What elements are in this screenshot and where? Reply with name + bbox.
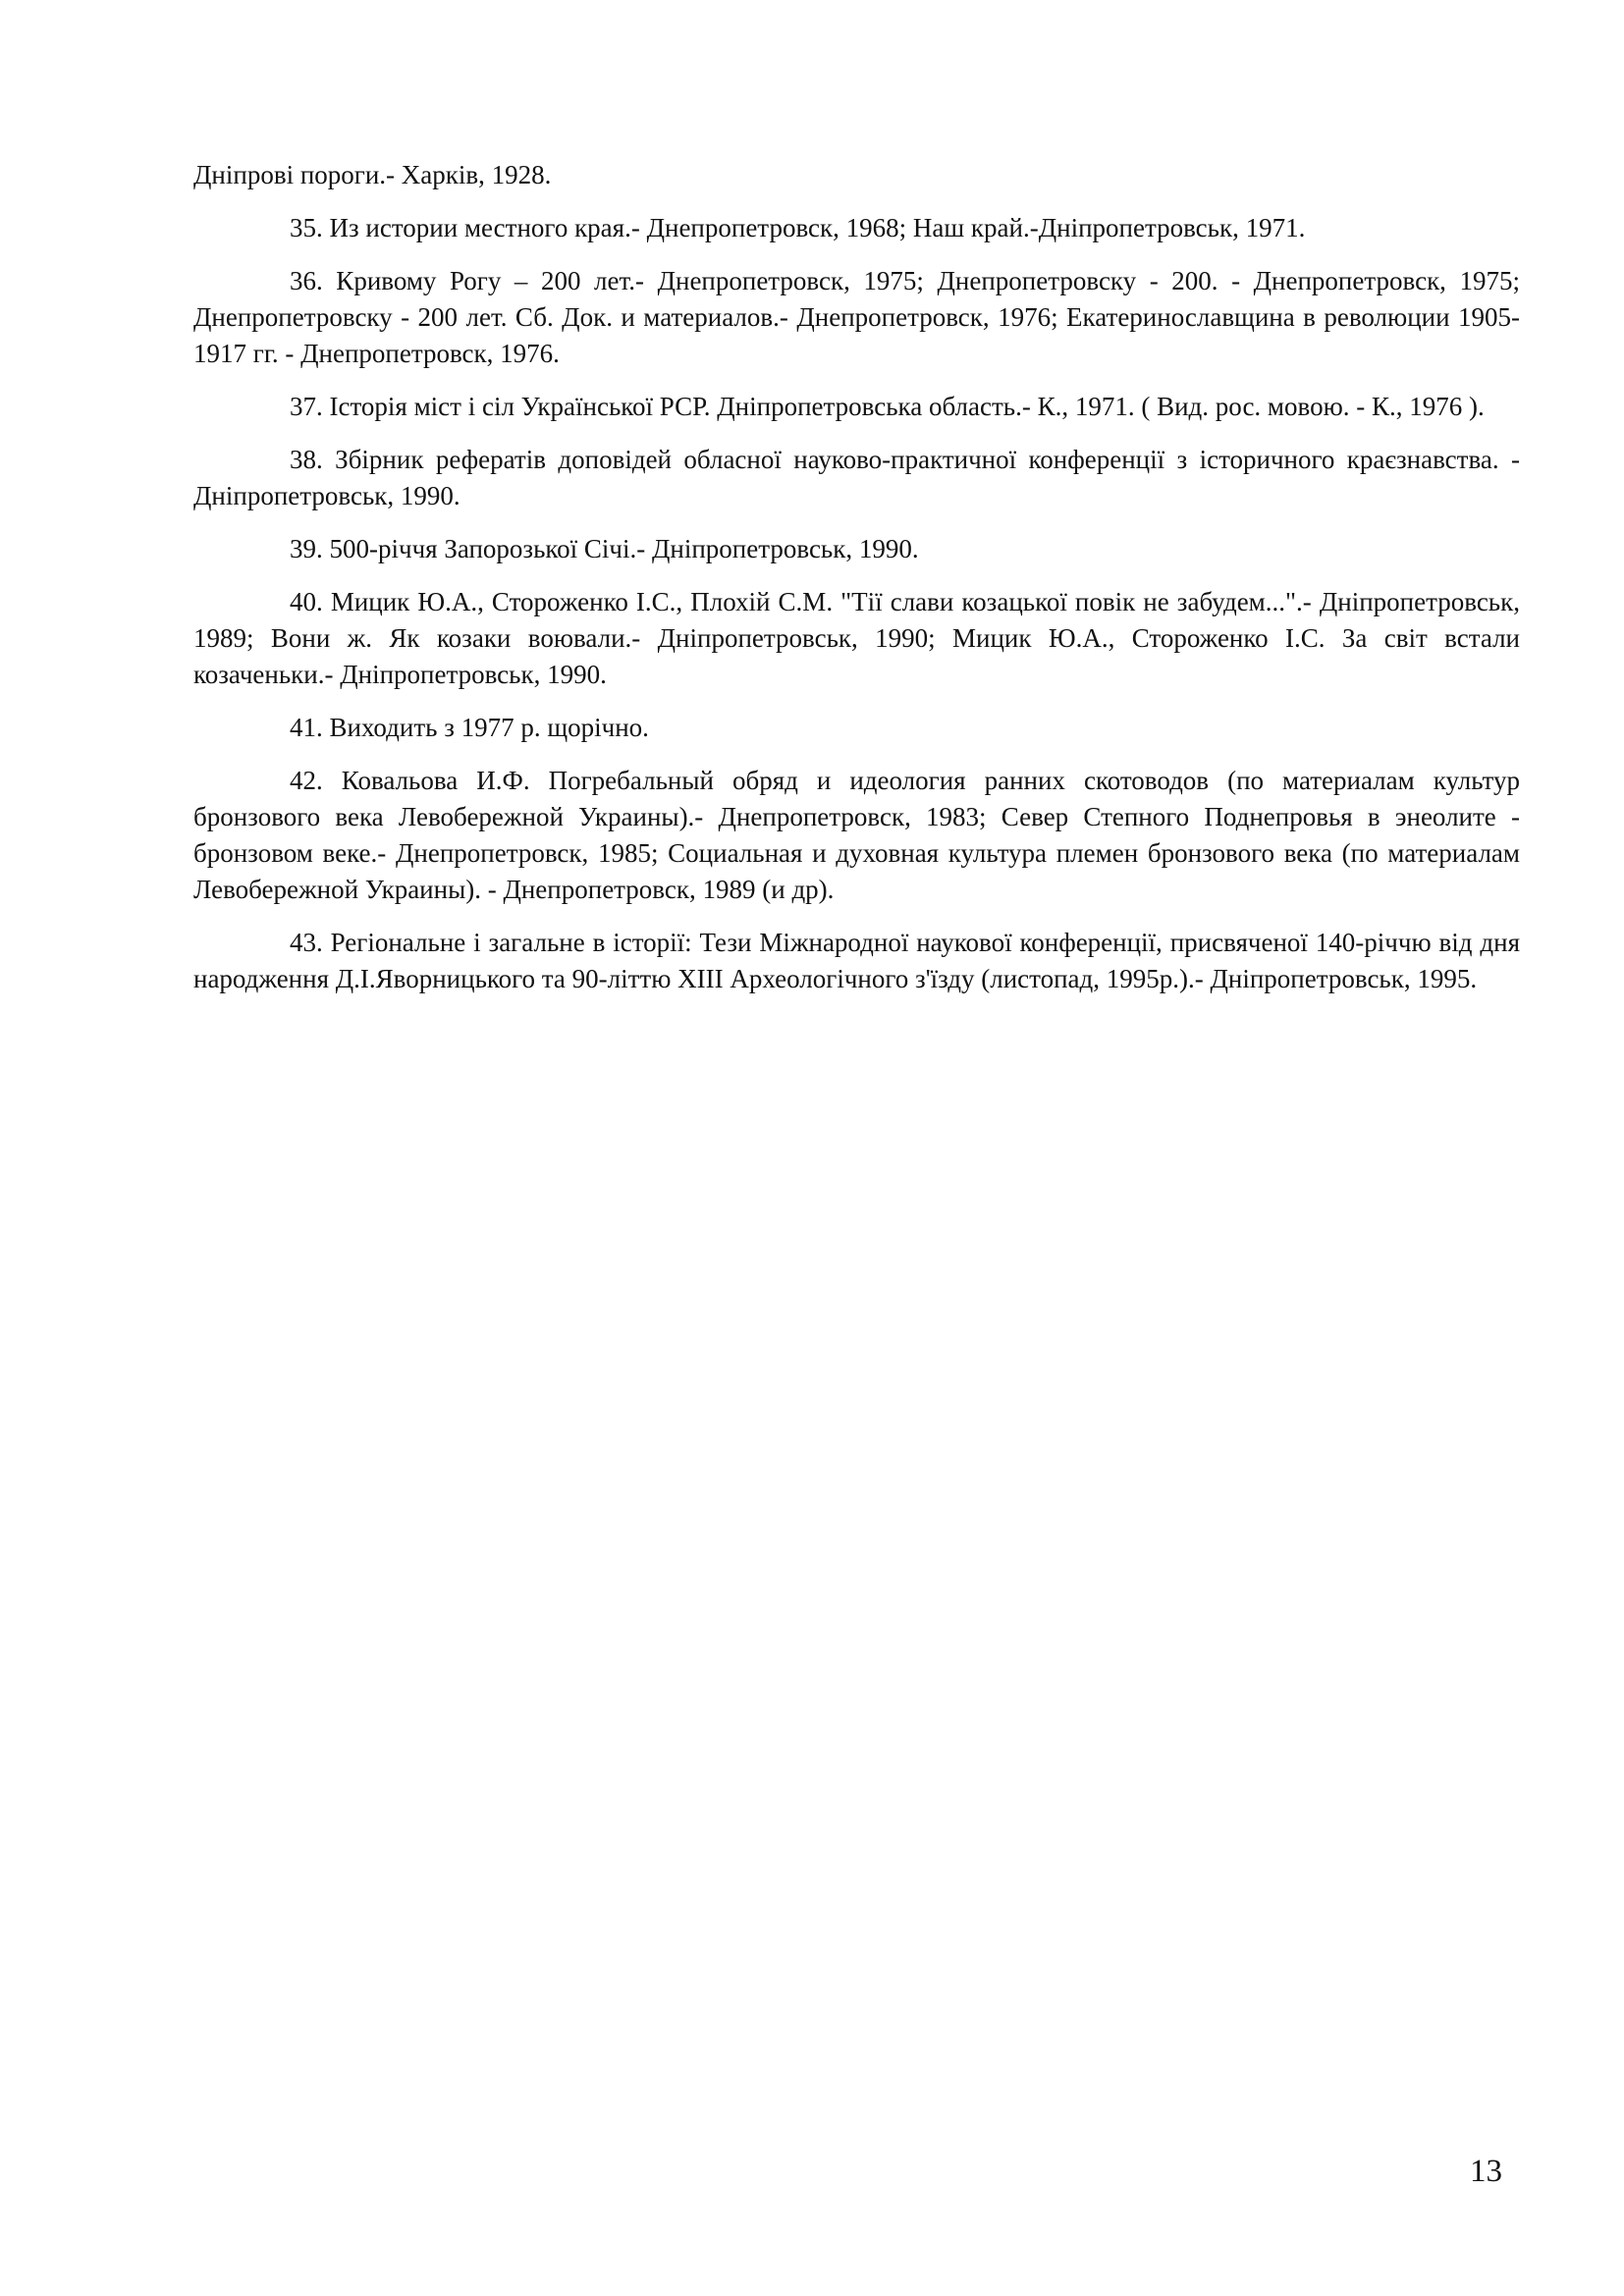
reference-37: 37. Історія міст і сіл Української РСР. … — [193, 389, 1520, 425]
reference-42: 42. Ковальова И.Ф. Погребальный обряд и … — [193, 763, 1520, 908]
page-number: 13 — [1470, 2154, 1502, 2190]
reference-43: 43. Регіональне і загальне в історії: Те… — [193, 925, 1520, 997]
reference-36: 36. Кривому Рогу – 200 лет.- Днепропетро… — [193, 263, 1520, 372]
document-body: Дніпрові пороги.- Харків, 1928. 35. Из и… — [193, 157, 1520, 1014]
reference-35: 35. Из истории местного края.- Днепропет… — [193, 210, 1520, 246]
reference-continuation: Дніпрові пороги.- Харків, 1928. — [193, 157, 1520, 193]
reference-39: 39. 500-річчя Запорозької Січі.- Дніпроп… — [193, 531, 1520, 567]
reference-40: 40. Мицик Ю.А., Стороженко І.С., Плохій … — [193, 584, 1520, 693]
reference-41: 41. Виходить з 1977 р. щорічно. — [193, 710, 1520, 746]
reference-38: 38. Збірник рефератів доповідей обласної… — [193, 442, 1520, 514]
